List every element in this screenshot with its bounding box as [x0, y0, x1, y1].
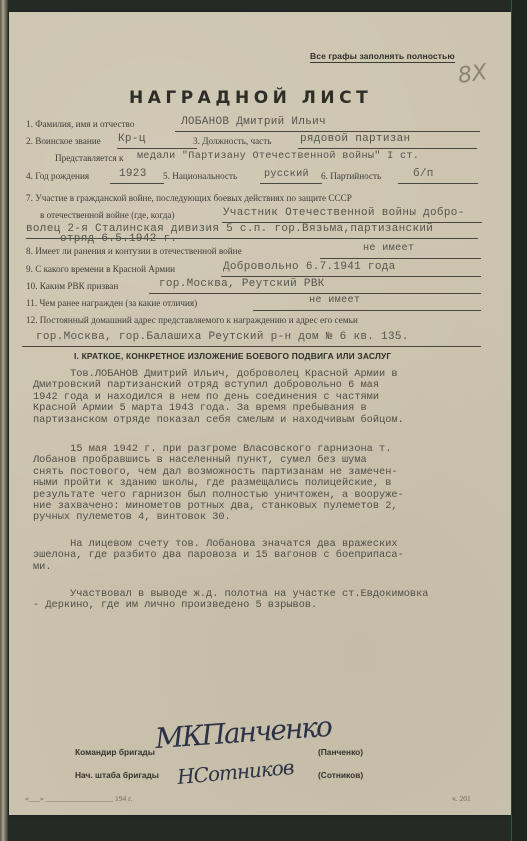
field-6-party: б/п: [413, 168, 434, 180]
field-1-full-name: ЛОБАНОВ Дмитрий Ильич: [181, 116, 326, 128]
field-2-label: 2. Воинское звание: [26, 136, 101, 146]
field-11-underline: [253, 310, 481, 311]
field-10-underline: [149, 293, 481, 294]
field-4-underline: [110, 183, 164, 184]
narrative-paragraph-3: На лицевом счету тов. Лобанова значатся …: [33, 539, 493, 573]
pencil-archive-mark: 8X: [456, 60, 488, 89]
field-8-underline: [320, 258, 481, 259]
field-1-label: 1. Фамилия, имя и отчество: [26, 119, 134, 129]
field-6-label: 6. Партийность: [321, 171, 381, 181]
field-12-underline: [22, 346, 481, 347]
field-10-draft-office: гор.Москва, Реутский РВК: [159, 278, 325, 290]
scan-border: [511, 0, 527, 841]
form-number: ч. 201: [452, 794, 471, 803]
field-11-previous-awards: не имеет: [309, 295, 360, 306]
page-title: НАГРАДНОЙ ЛИСТ: [129, 88, 372, 108]
commander-label: Командир бригады: [75, 747, 155, 757]
field-7-value-line1: Участник Отечественной войны добро-: [223, 207, 465, 219]
narrative-paragraph-4: Участвовал в выводе ж.д. полотна на учас…: [33, 589, 493, 612]
section-title: I. КРАТКОЕ, КОНКРЕТНОЕ ИЗЛОЖЕНИЕ БОЕВОГО…: [74, 351, 391, 361]
field-7-label-line2: в отечественной войне (где, когда): [40, 210, 175, 220]
field-9-underline: [221, 276, 481, 277]
narrative-paragraph-2: 15 мая 1942 г. при разгроме Власовского …: [33, 444, 493, 524]
field-5-nationality: русский: [264, 169, 309, 180]
chief-of-staff-label: Нач. штаба бригады: [75, 770, 159, 780]
field-10-label: 10. Каким РВК призван: [26, 281, 118, 291]
field-7-value-line3: отряд 6.5.1942 г.: [60, 233, 177, 245]
award-sheet-page: Все графы заполнять полностью 8X НАГРАДН…: [9, 12, 511, 815]
field-6-underline: [398, 183, 478, 184]
field-12-label: 12. Постоянный домашний адрес представля…: [26, 315, 358, 325]
field-2-rank: Кр-ц: [118, 133, 146, 145]
field-4-birth-year: 1923: [119, 168, 147, 180]
field-3-underline: [298, 148, 477, 149]
presented-award: медали "Партизану Отечественной войны" I…: [137, 151, 419, 162]
field-8-label: 8. Имеет ли ранения и контузии в отечест…: [26, 246, 242, 256]
commander-name: (Панченко): [318, 747, 363, 757]
narrative-paragraph-1: Тов.ЛОБАНОВ Дмитрий Ильич, доброволец Кр…: [33, 369, 493, 426]
fill-all-note: Все графы заполнять полностью: [310, 51, 455, 63]
field-3-label: 3. Должность, часть: [193, 136, 271, 146]
field-8-wounds: не имеет: [363, 243, 414, 254]
chief-of-staff-signature: НСотников: [176, 755, 294, 789]
field-7-label-line1: 7. Участие в гражданской войне, последую…: [26, 193, 352, 203]
field-9-label: 9. С какого времени в Красной Армии: [26, 264, 175, 274]
field-12-address: гор.Москва, гор.Балашиха Реутский р-н до…: [36, 331, 409, 343]
field-2-underline: [117, 148, 197, 149]
binding-edge: [0, 0, 8, 841]
field-1-underline: [175, 131, 480, 132]
chief-of-staff-name: (Сотников): [318, 770, 363, 780]
field-11-label: 11. Чем ранее награжден (за какие отличи…: [26, 298, 197, 308]
field-9-army-since: Добровольно 6.7.1941 года: [223, 261, 396, 273]
field-3-position: рядовой партизан: [300, 133, 410, 145]
commander-signature: МКПанченко: [154, 710, 332, 755]
field-5-underline: [260, 183, 322, 184]
date-stub: «___» __________________ 194 г.: [25, 794, 132, 803]
field-4-label: 4. Год рождения: [26, 171, 89, 181]
presented-label: Представляется к: [55, 153, 123, 163]
field-5-label: 5. Национальность: [163, 171, 237, 181]
